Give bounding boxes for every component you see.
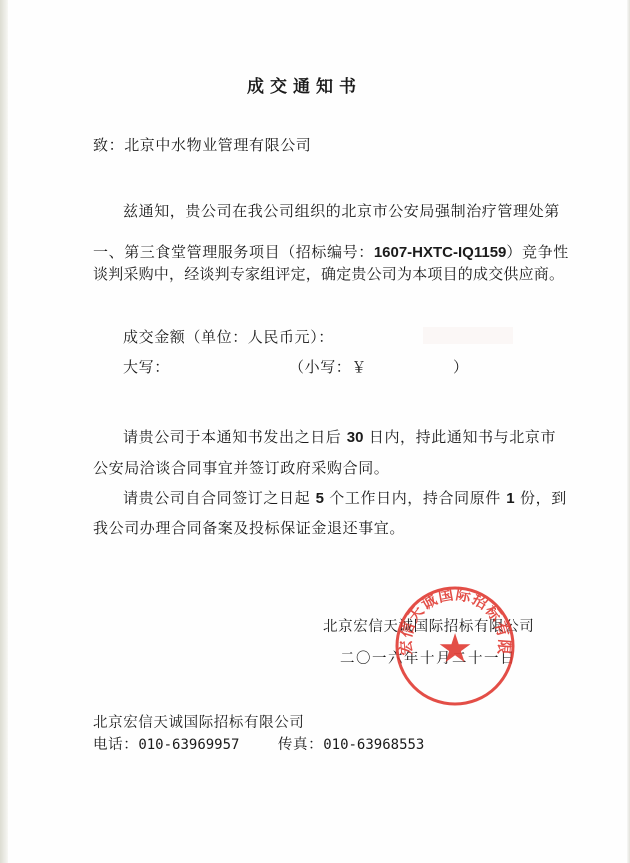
phone-label: 电话： [93, 737, 138, 753]
copies-count: 1 [506, 490, 514, 507]
scan-edge-left [0, 0, 8, 863]
procurement-method-text: ）竞争性 [506, 243, 568, 261]
official-seal-icon: 北京宏信天诚国际招标有限公司 ★ [393, 584, 517, 708]
amount-lowercase-open: （小写：￥ [289, 357, 367, 377]
fax-number: 010-63968553 [323, 737, 424, 753]
document-page: 成交通知书 致：北京中水物业管理有限公司 兹通知，贵公司在我公司组织的北京市公安… [0, 0, 630, 863]
addressee-prefix: 致： [93, 136, 124, 154]
amount-uppercase-label: 大写： [123, 357, 170, 377]
project-name-text: 一、第三食堂管理服务项目（招标编号： [93, 243, 374, 261]
amount-lowercase-close: ） [453, 357, 469, 377]
phone-number: 010-63969957 [138, 737, 239, 753]
body-paragraph-1-line-1: 兹通知，贵公司在我公司组织的北京市公安局强制治疗管理处第 [123, 201, 560, 221]
body-paragraph-3-line-1: 请贵公司自合同签订之日起 5 个工作日内，持合同原件 1 份，到 [123, 488, 567, 509]
addressee-name: 北京中水物业管理有限公司 [124, 136, 311, 154]
days-count: 30 [347, 429, 364, 446]
body-paragraph-1-line-3: 谈判采购中，经谈判专家组评定，确定贵公司为本项目的成交供应商。 [93, 264, 564, 284]
amount-redacted-area [423, 327, 513, 344]
tender-number: 1607-HXTC-IQ1159 [374, 244, 507, 261]
document-title: 成交通知书 [247, 72, 362, 97]
body-paragraph-2-line-1: 请贵公司于本通知书发出之日后 30 日内，持此通知书与北京市 [123, 427, 556, 448]
signature-company: 北京宏信天诚国际招标有限公司 [323, 617, 534, 637]
fax-label: 传真： [278, 737, 323, 753]
working-days-count: 5 [316, 490, 324, 507]
body-paragraph-3-line-2: 我公司办理合同备案及投标保证金退还事宜。 [93, 518, 405, 538]
footer-company: 北京宏信天诚国际招标有限公司 [93, 713, 304, 733]
body-paragraph-2-line-2: 公安局洽谈合同事宜并签订政府采购合同。 [93, 458, 389, 478]
instruction-text: 请贵公司自合同签订之日起 [123, 489, 310, 507]
instruction-text: 个工作日内，持合同原件 [329, 489, 501, 507]
signature-date: 二〇一六年十月二十一日 [340, 649, 516, 669]
footer-contact: 电话：010-63969957 传真：010-63968553 [93, 735, 424, 755]
instruction-text: 请贵公司于本通知书发出之日后 [123, 428, 341, 446]
body-paragraph-1-line-2: 一、第三食堂管理服务项目（招标编号：1607-HXTC-IQ1159）竞争性 [93, 242, 569, 263]
instruction-text: 日内，持此通知书与北京市 [369, 428, 556, 446]
amount-label: 成交金额（单位：人民币元）： [123, 327, 334, 347]
instruction-text: 份，到 [520, 489, 567, 507]
addressee-line: 致：北京中水物业管理有限公司 [93, 135, 311, 155]
